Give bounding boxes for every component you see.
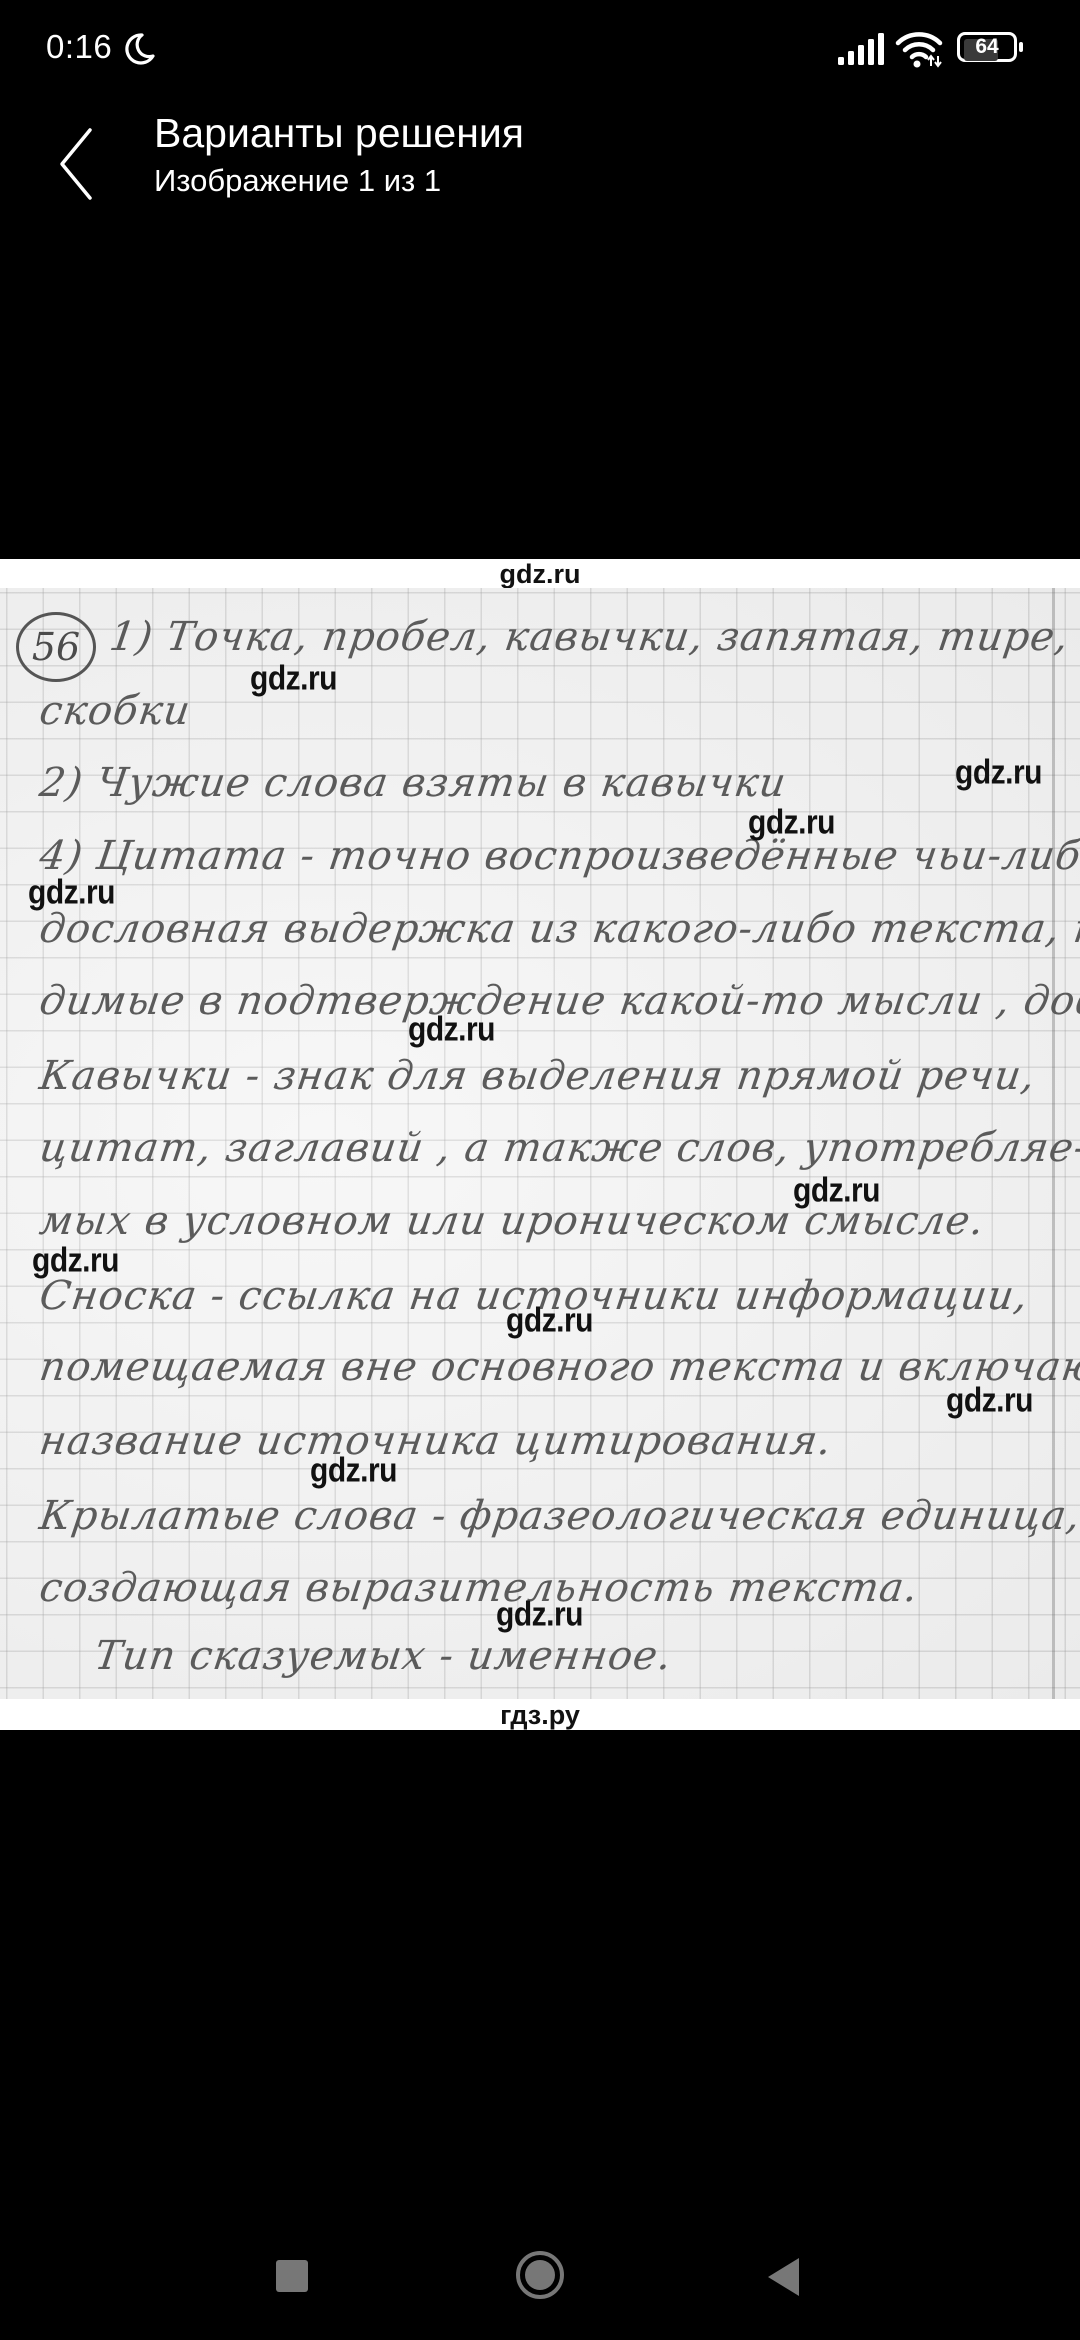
watermark: gdz.ru: [748, 803, 835, 842]
handwritten-line: Крылатые слова - фразеологическая единиц…: [37, 1493, 1080, 1539]
back-button[interactable]: [46, 122, 116, 202]
image-counter: Изображение 1 из 1: [154, 163, 441, 199]
triangle-back-icon[interactable]: [768, 2258, 799, 2296]
page-title: Варианты решения: [154, 110, 524, 157]
watermark: gdz.ru: [250, 659, 337, 698]
chevron-left-icon: [46, 122, 116, 202]
handwritten-line: Кавычки - знак для выделения прямой речи…: [37, 1053, 1039, 1099]
solution-image[interactable]: gdz.ru 56 1) Точка, пробел, кавычки, зап…: [0, 559, 1080, 1730]
notebook-page: 56 1) Точка, пробел, кавычки, запятая, т…: [0, 588, 1080, 1699]
handwritten-line: Тип сказуемых - именное.: [92, 1633, 675, 1679]
circle-home-icon[interactable]: [516, 2251, 564, 2299]
handwritten-line: цитат, заглавий , а также слов, употребл…: [37, 1125, 1080, 1171]
watermark: gdz.ru: [32, 1241, 119, 1280]
watermark: gdz.ru: [28, 873, 115, 912]
watermark-bottom: гдз.ру: [0, 1700, 1080, 1730]
handwritten-line: скобки: [37, 688, 194, 734]
task-number: 56: [16, 612, 96, 682]
status-bar: 0:16 64: [0, 0, 1080, 100]
square-recents-icon[interactable]: [276, 2260, 308, 2292]
watermark: gdz.ru: [310, 1451, 397, 1490]
wifi-icon: [895, 30, 943, 70]
handwritten-line: 4) Цитата - точно воспроизведённые чьи-л…: [37, 833, 1080, 879]
watermark-top: gdz.ru: [0, 559, 1080, 590]
watermark: gdz.ru: [408, 1010, 495, 1049]
moon-icon: [122, 32, 156, 66]
handwritten-line: дословная выдержка из какого-либо текста…: [37, 906, 1080, 952]
watermark: gdz.ru: [793, 1171, 880, 1210]
watermark: gdz.ru: [496, 1595, 583, 1634]
cellular-signal-icon: [836, 33, 886, 67]
battery-level: 64: [963, 33, 1011, 61]
watermark: gdz.ru: [506, 1301, 593, 1340]
handwritten-line: название источника цитирования.: [37, 1418, 835, 1464]
watermark: gdz.ru: [946, 1381, 1033, 1420]
handwritten-line: 2) Чужие слова взяты в кавычки: [37, 760, 790, 806]
app-header: Варианты решения Изображение 1 из 1: [0, 100, 1080, 220]
status-time: 0:16: [46, 28, 112, 66]
watermark: gdz.ru: [955, 753, 1042, 792]
handwritten-line: создающая выразительность текста.: [37, 1565, 922, 1611]
system-nav-bar: [0, 2210, 1080, 2340]
battery-icon: 64: [957, 32, 1027, 66]
handwritten-line: димые в подтверждение какой-то мысли , д…: [37, 978, 1080, 1024]
handwritten-line: помещаемая вне основного текста и включа…: [37, 1344, 1080, 1390]
handwritten-line: 1) Точка, пробел, кавычки, запятая, тире…: [107, 614, 1072, 660]
